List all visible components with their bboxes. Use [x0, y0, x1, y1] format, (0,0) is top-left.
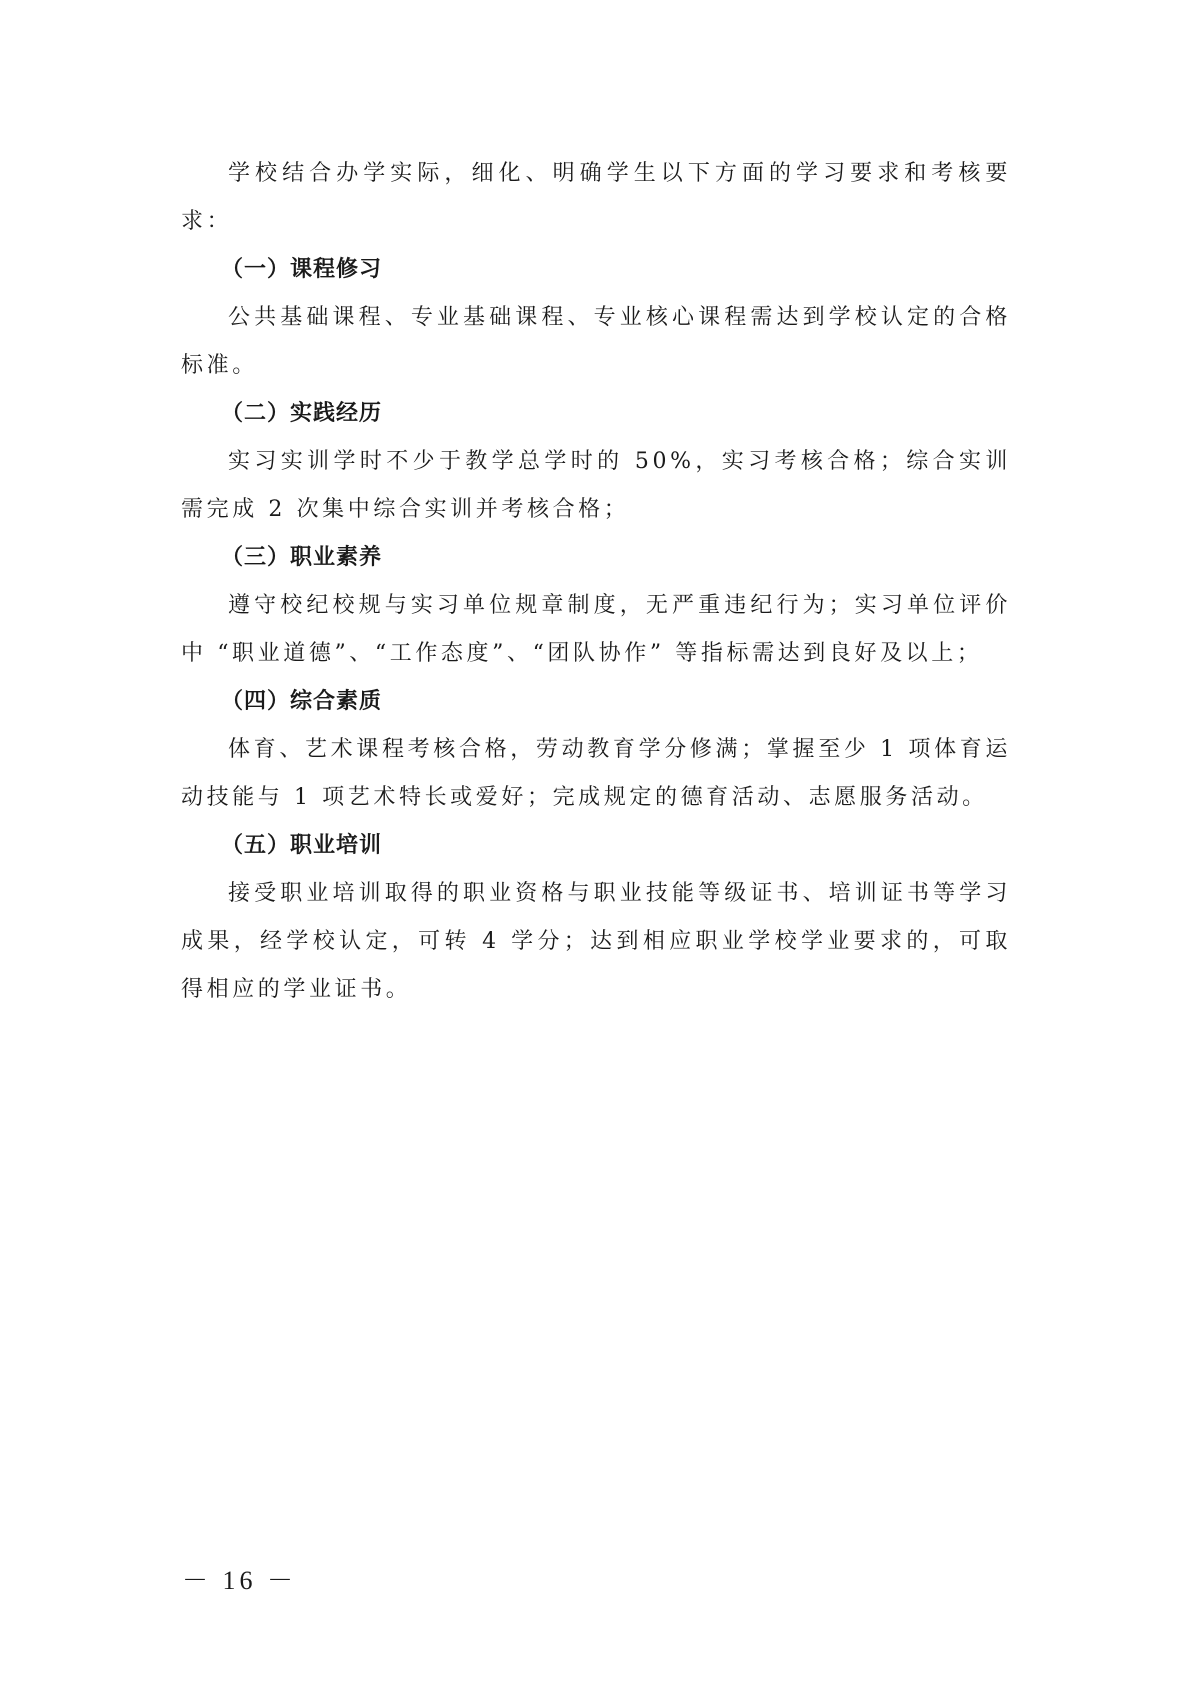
section-heading-course-study: （一）课程修习: [181, 246, 1011, 294]
section-body-overall-quality: 体育、艺术课程考核合格，劳动教育学分修满；掌握至少 1 项体育运动技能与 1 项…: [181, 726, 1011, 822]
section-heading-practice-experience: （二）实践经历: [181, 390, 1011, 438]
section-body-vocational-training: 接受职业培训取得的职业资格与职业技能等级证书、培训证书等学习成果，经学校认定，可…: [181, 870, 1011, 1014]
section-body-practice-experience: 实习实训学时不少于教学总学时的 50%，实习考核合格；综合实训需完成 2 次集中…: [181, 438, 1011, 534]
document-body: 学校结合办学实际，细化、明确学生以下方面的学习要求和考核要求： （一）课程修习 …: [181, 150, 1011, 1014]
document-page: 学校结合办学实际，细化、明确学生以下方面的学习要求和考核要求： （一）课程修习 …: [0, 0, 1191, 1684]
section-heading-professional-quality: （三）职业素养: [181, 534, 1011, 582]
section-body-course-study: 公共基础课程、专业基础课程、专业核心课程需达到学校认定的合格标准。: [181, 294, 1011, 390]
page-number: － 16 －: [182, 1560, 297, 1597]
intro-paragraph: 学校结合办学实际，细化、明确学生以下方面的学习要求和考核要求：: [181, 150, 1011, 246]
section-body-professional-quality: 遵守校纪校规与实习单位规章制度，无严重违纪行为；实习单位评价中 “职业道德”、“…: [181, 582, 1011, 678]
section-heading-vocational-training: （五）职业培训: [181, 822, 1011, 870]
section-heading-overall-quality: （四）综合素质: [181, 678, 1011, 726]
